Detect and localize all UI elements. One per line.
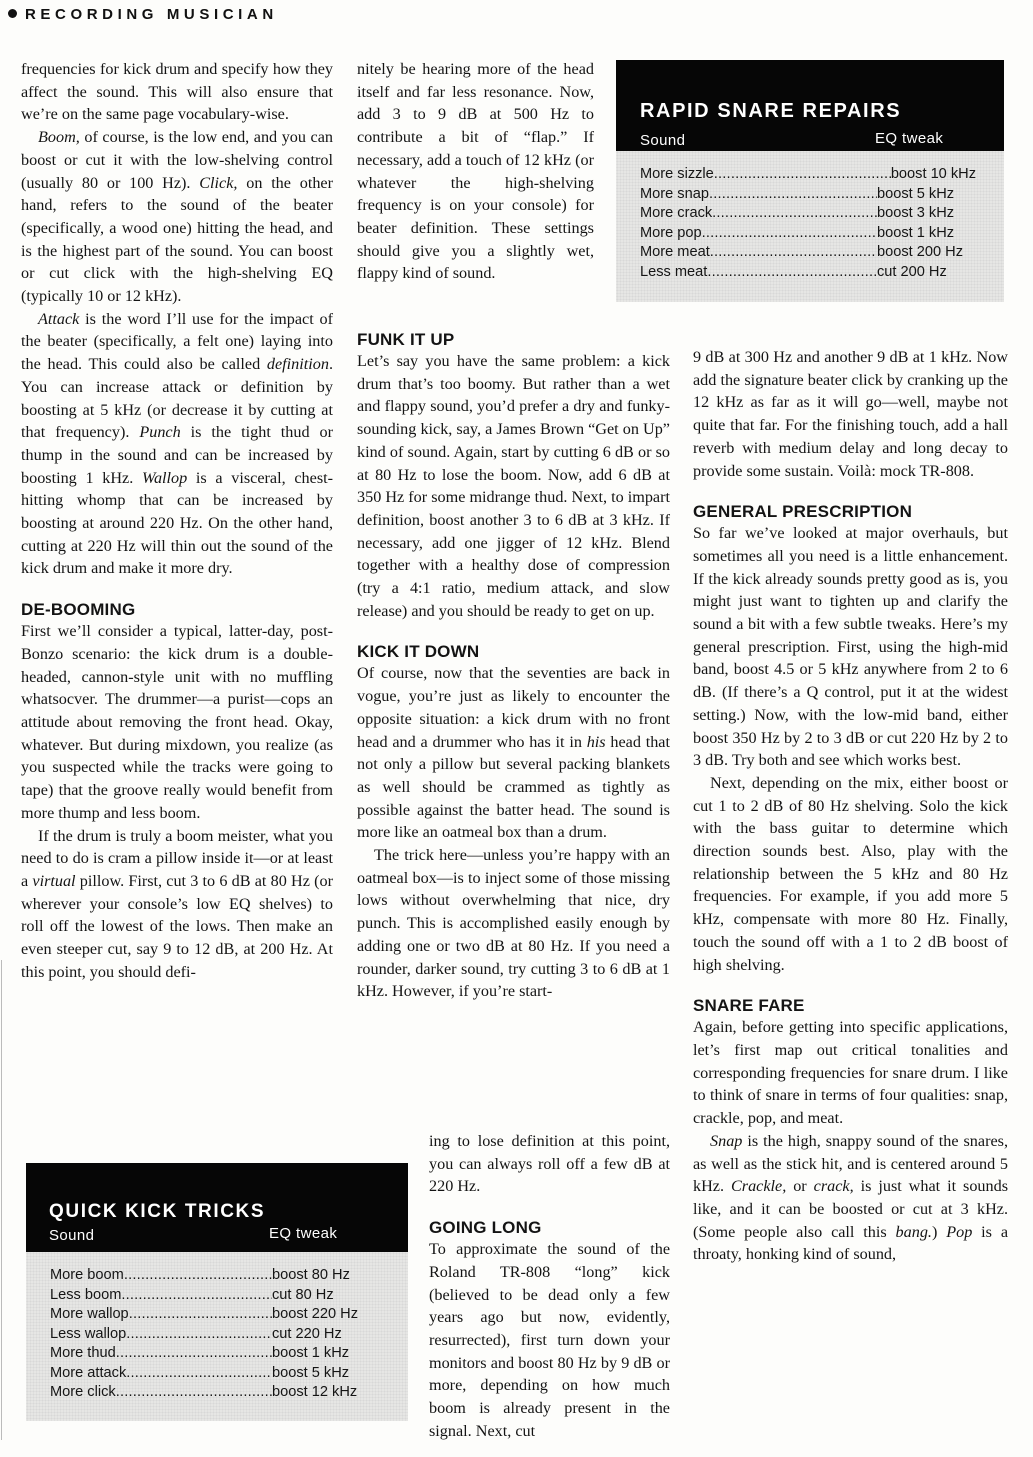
box-header: RAPID SNARE REPAIRS Sound EQ tweak bbox=[616, 60, 1004, 151]
section-heading-going-long: GOING LONG bbox=[429, 1218, 670, 1238]
table-row: Less wallopcut 220 Hz bbox=[50, 1325, 370, 1345]
table-row: More thudboost 1 kHz bbox=[50, 1344, 370, 1364]
column-1: frequencies for kick drum and specify ho… bbox=[21, 58, 333, 983]
column-2-wrap: ing to lose definition at this point, yo… bbox=[429, 1130, 670, 1442]
box-body: More sizzleboost 10 kHz More snapboost 5… bbox=[616, 151, 1004, 302]
box-title: RAPID SNARE REPAIRS bbox=[640, 100, 901, 123]
section-heading-kick-it-down: KICK IT DOWN bbox=[357, 642, 670, 662]
paragraph: The trick here—unless you’re happy with … bbox=[357, 844, 670, 1003]
column-3: 9 dB at 300 Hz and another 9 dB at 1 kHz… bbox=[693, 346, 1008, 1266]
box-title: QUICK KICK TRICKS bbox=[49, 1201, 265, 1223]
page-edge-line bbox=[1, 960, 2, 1440]
quick-kick-tricks-box: QUICK KICK TRICKS Sound EQ tweak More bo… bbox=[26, 1163, 408, 1421]
table-row: More meatboost 200 Hz bbox=[640, 243, 976, 263]
table-row: Less boomcut 80 Hz bbox=[50, 1286, 370, 1306]
paragraph: Of course, now that the seventies are ba… bbox=[357, 662, 670, 844]
section-heading-general-prescription: GENERAL PRESCRIPTION bbox=[693, 502, 1008, 522]
paragraph: First we’ll consider a typical, latter-d… bbox=[21, 620, 333, 824]
paragraph: Attack is the word I’ll use for the impa… bbox=[21, 308, 333, 580]
paragraph: 9 dB at 300 Hz and another 9 dB at 1 kHz… bbox=[693, 346, 1008, 482]
paragraph: Boom, of course, is the low end, and you… bbox=[21, 126, 333, 308]
paragraph: So far we’ve looked at major overhauls, … bbox=[693, 522, 1008, 772]
paragraph: Snap is the high, snappy sound of the sn… bbox=[693, 1130, 1008, 1266]
column-header-sound: Sound bbox=[49, 1227, 94, 1244]
column-2-lower: FUNK IT UP Let’s say you have the same p… bbox=[357, 330, 670, 1003]
column-header-eq-tweak: EQ tweak bbox=[269, 1225, 337, 1242]
table-row: More clickboost 12 kHz bbox=[50, 1383, 370, 1403]
rapid-snare-repairs-box: RAPID SNARE REPAIRS Sound EQ tweak More … bbox=[616, 60, 1004, 302]
paragraph: nitely be hearing more of the head itsel… bbox=[357, 58, 594, 285]
paragraph: Let’s say you have the same problem: a k… bbox=[357, 350, 670, 622]
table-row: More crackboost 3 kHz bbox=[640, 204, 976, 224]
column-2: nitely be hearing more of the head itsel… bbox=[357, 58, 594, 285]
section-heading-funk-it-up: FUNK IT UP bbox=[357, 330, 670, 350]
section-heading-de-booming: DE-BOOMING bbox=[21, 600, 333, 620]
paragraph: If the drum is truly a boom meister, wha… bbox=[21, 825, 333, 984]
paragraph: Next, depending on the mix, either boost… bbox=[693, 772, 1008, 976]
paragraph: To approximate the sound of the Roland T… bbox=[429, 1238, 670, 1442]
table-row: More wallopboost 220 Hz bbox=[50, 1305, 370, 1325]
paragraph: ing to lose definition at this point, yo… bbox=[429, 1130, 670, 1198]
box-header: QUICK KICK TRICKS Sound EQ tweak bbox=[26, 1163, 408, 1252]
table-row: More boomboost 80 Hz bbox=[50, 1266, 370, 1286]
bullet-icon bbox=[8, 9, 17, 18]
table-row: More attackboost 5 kHz bbox=[50, 1364, 370, 1384]
box-body: More boomboost 80 Hz Less boomcut 80 Hz … bbox=[26, 1252, 408, 1421]
paragraph: Again, before getting into specific appl… bbox=[693, 1016, 1008, 1130]
running-head: RECORDING MUSICIAN bbox=[8, 6, 278, 23]
section-heading-snare-fare: SNARE FARE bbox=[693, 996, 1008, 1016]
column-header-eq-tweak: EQ tweak bbox=[875, 130, 943, 147]
table-row: Less meatcut 200 Hz bbox=[640, 263, 976, 283]
table-row: More snapboost 5 kHz bbox=[640, 185, 976, 205]
magazine-name: RECORDING MUSICIAN bbox=[25, 6, 278, 23]
column-header-sound: Sound bbox=[640, 132, 685, 149]
table-row: More sizzleboost 10 kHz bbox=[640, 165, 976, 185]
table-row: More popboost 1 kHz bbox=[640, 224, 976, 244]
paragraph: frequencies for kick drum and specify ho… bbox=[21, 58, 333, 126]
